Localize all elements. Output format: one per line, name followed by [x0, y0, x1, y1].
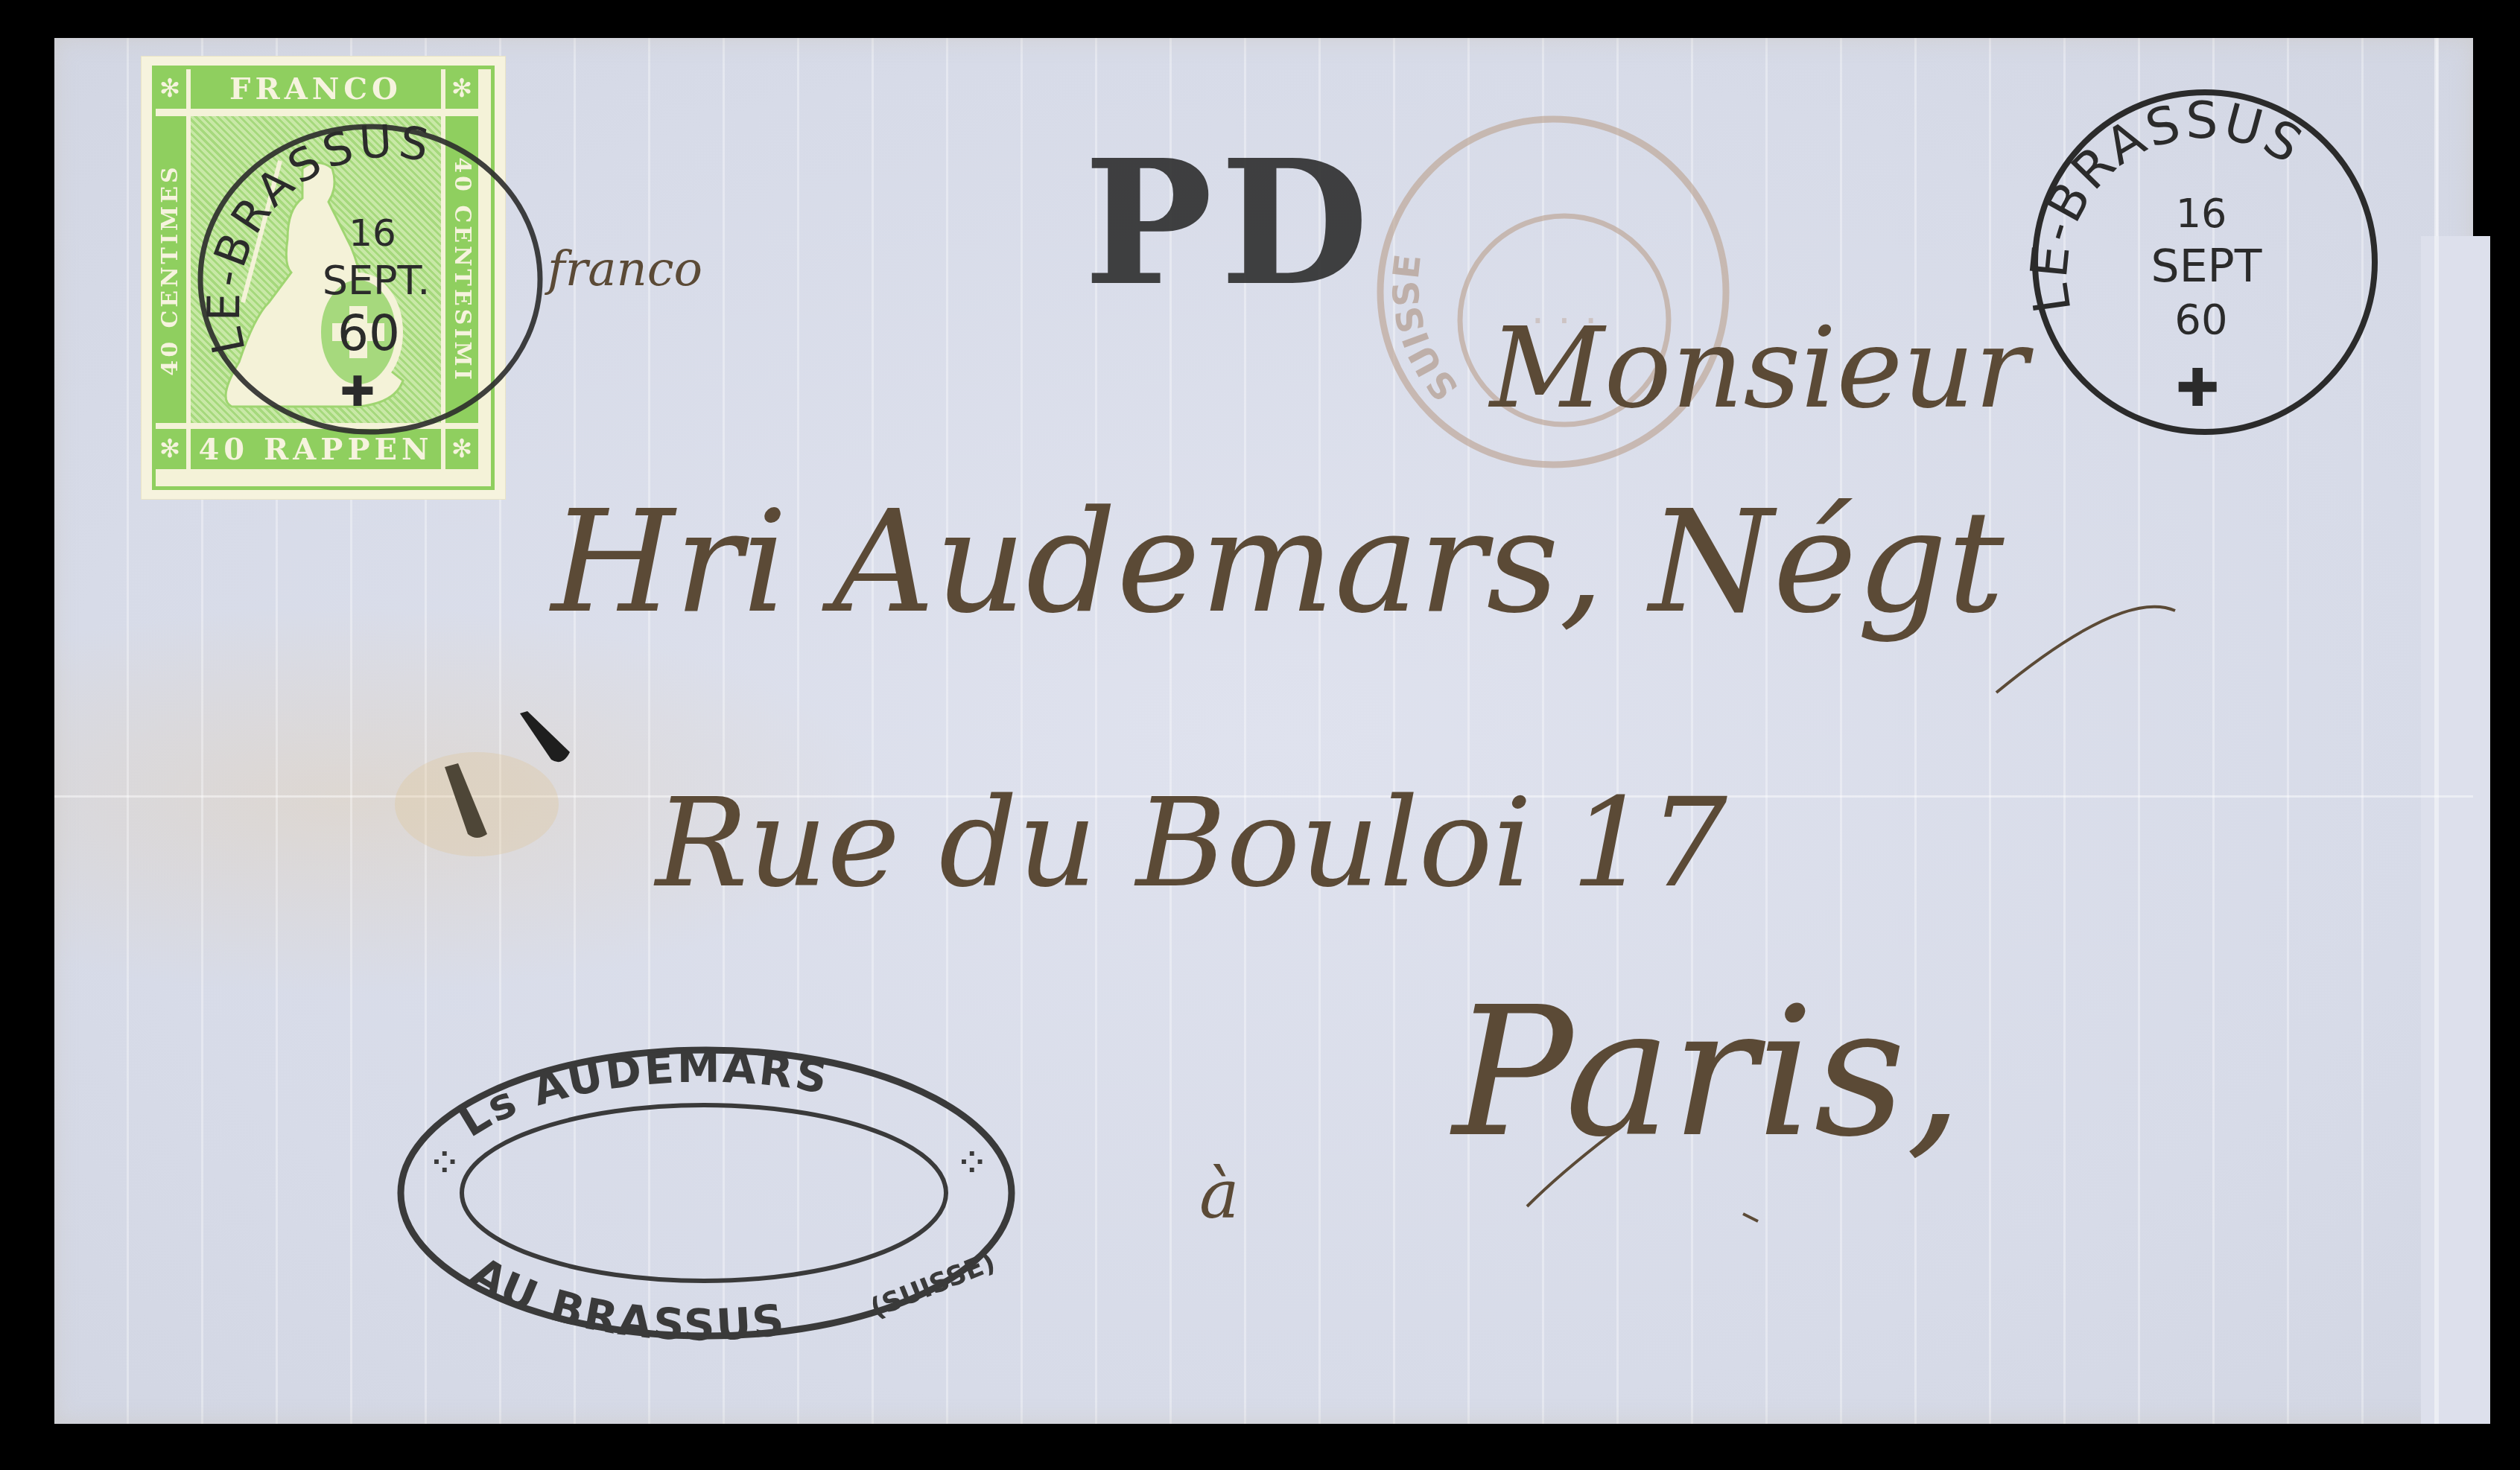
- rosette-icon: ✻: [445, 429, 478, 469]
- rosette-icon: ✻: [153, 429, 186, 469]
- rosette-icon: ✻: [153, 69, 186, 109]
- vertical-fold-line: [2434, 38, 2439, 1424]
- stamp-top-label: FRANCO: [191, 69, 441, 109]
- stamp-left-label: 40 CENTIMES: [157, 164, 183, 375]
- handwritten-franco: franco: [548, 246, 702, 293]
- stamp-left-band: 40 CENTIMES: [153, 116, 186, 423]
- stamp-right-band: 40 CENTESIMI: [445, 116, 478, 423]
- salutation: Monsieur: [1490, 313, 2028, 424]
- folded-flap: [2421, 236, 2490, 1424]
- rosette-icon: ✻: [445, 69, 478, 109]
- addressee-name: Hri Audemars, Négt: [551, 491, 2005, 633]
- postage-stamp: ✻ ✻ ✻ ✻ FRANCO 40 RAPPEN 40 CENTIMES 40 …: [142, 57, 505, 499]
- stamp-right-label: 40 CENTESIMI: [449, 157, 475, 383]
- stamp-vignette: [191, 116, 441, 423]
- stamp-bottom-label: 40 RAPPEN: [191, 429, 441, 469]
- city-prefix: à: [1199, 1162, 1240, 1229]
- helvetia-figure-icon: [191, 116, 441, 423]
- pd-paid-mark: PD: [1084, 138, 1376, 309]
- destination-city: Paris,: [1453, 983, 1963, 1162]
- street-address: Rue du Bouloi 17: [656, 782, 1727, 905]
